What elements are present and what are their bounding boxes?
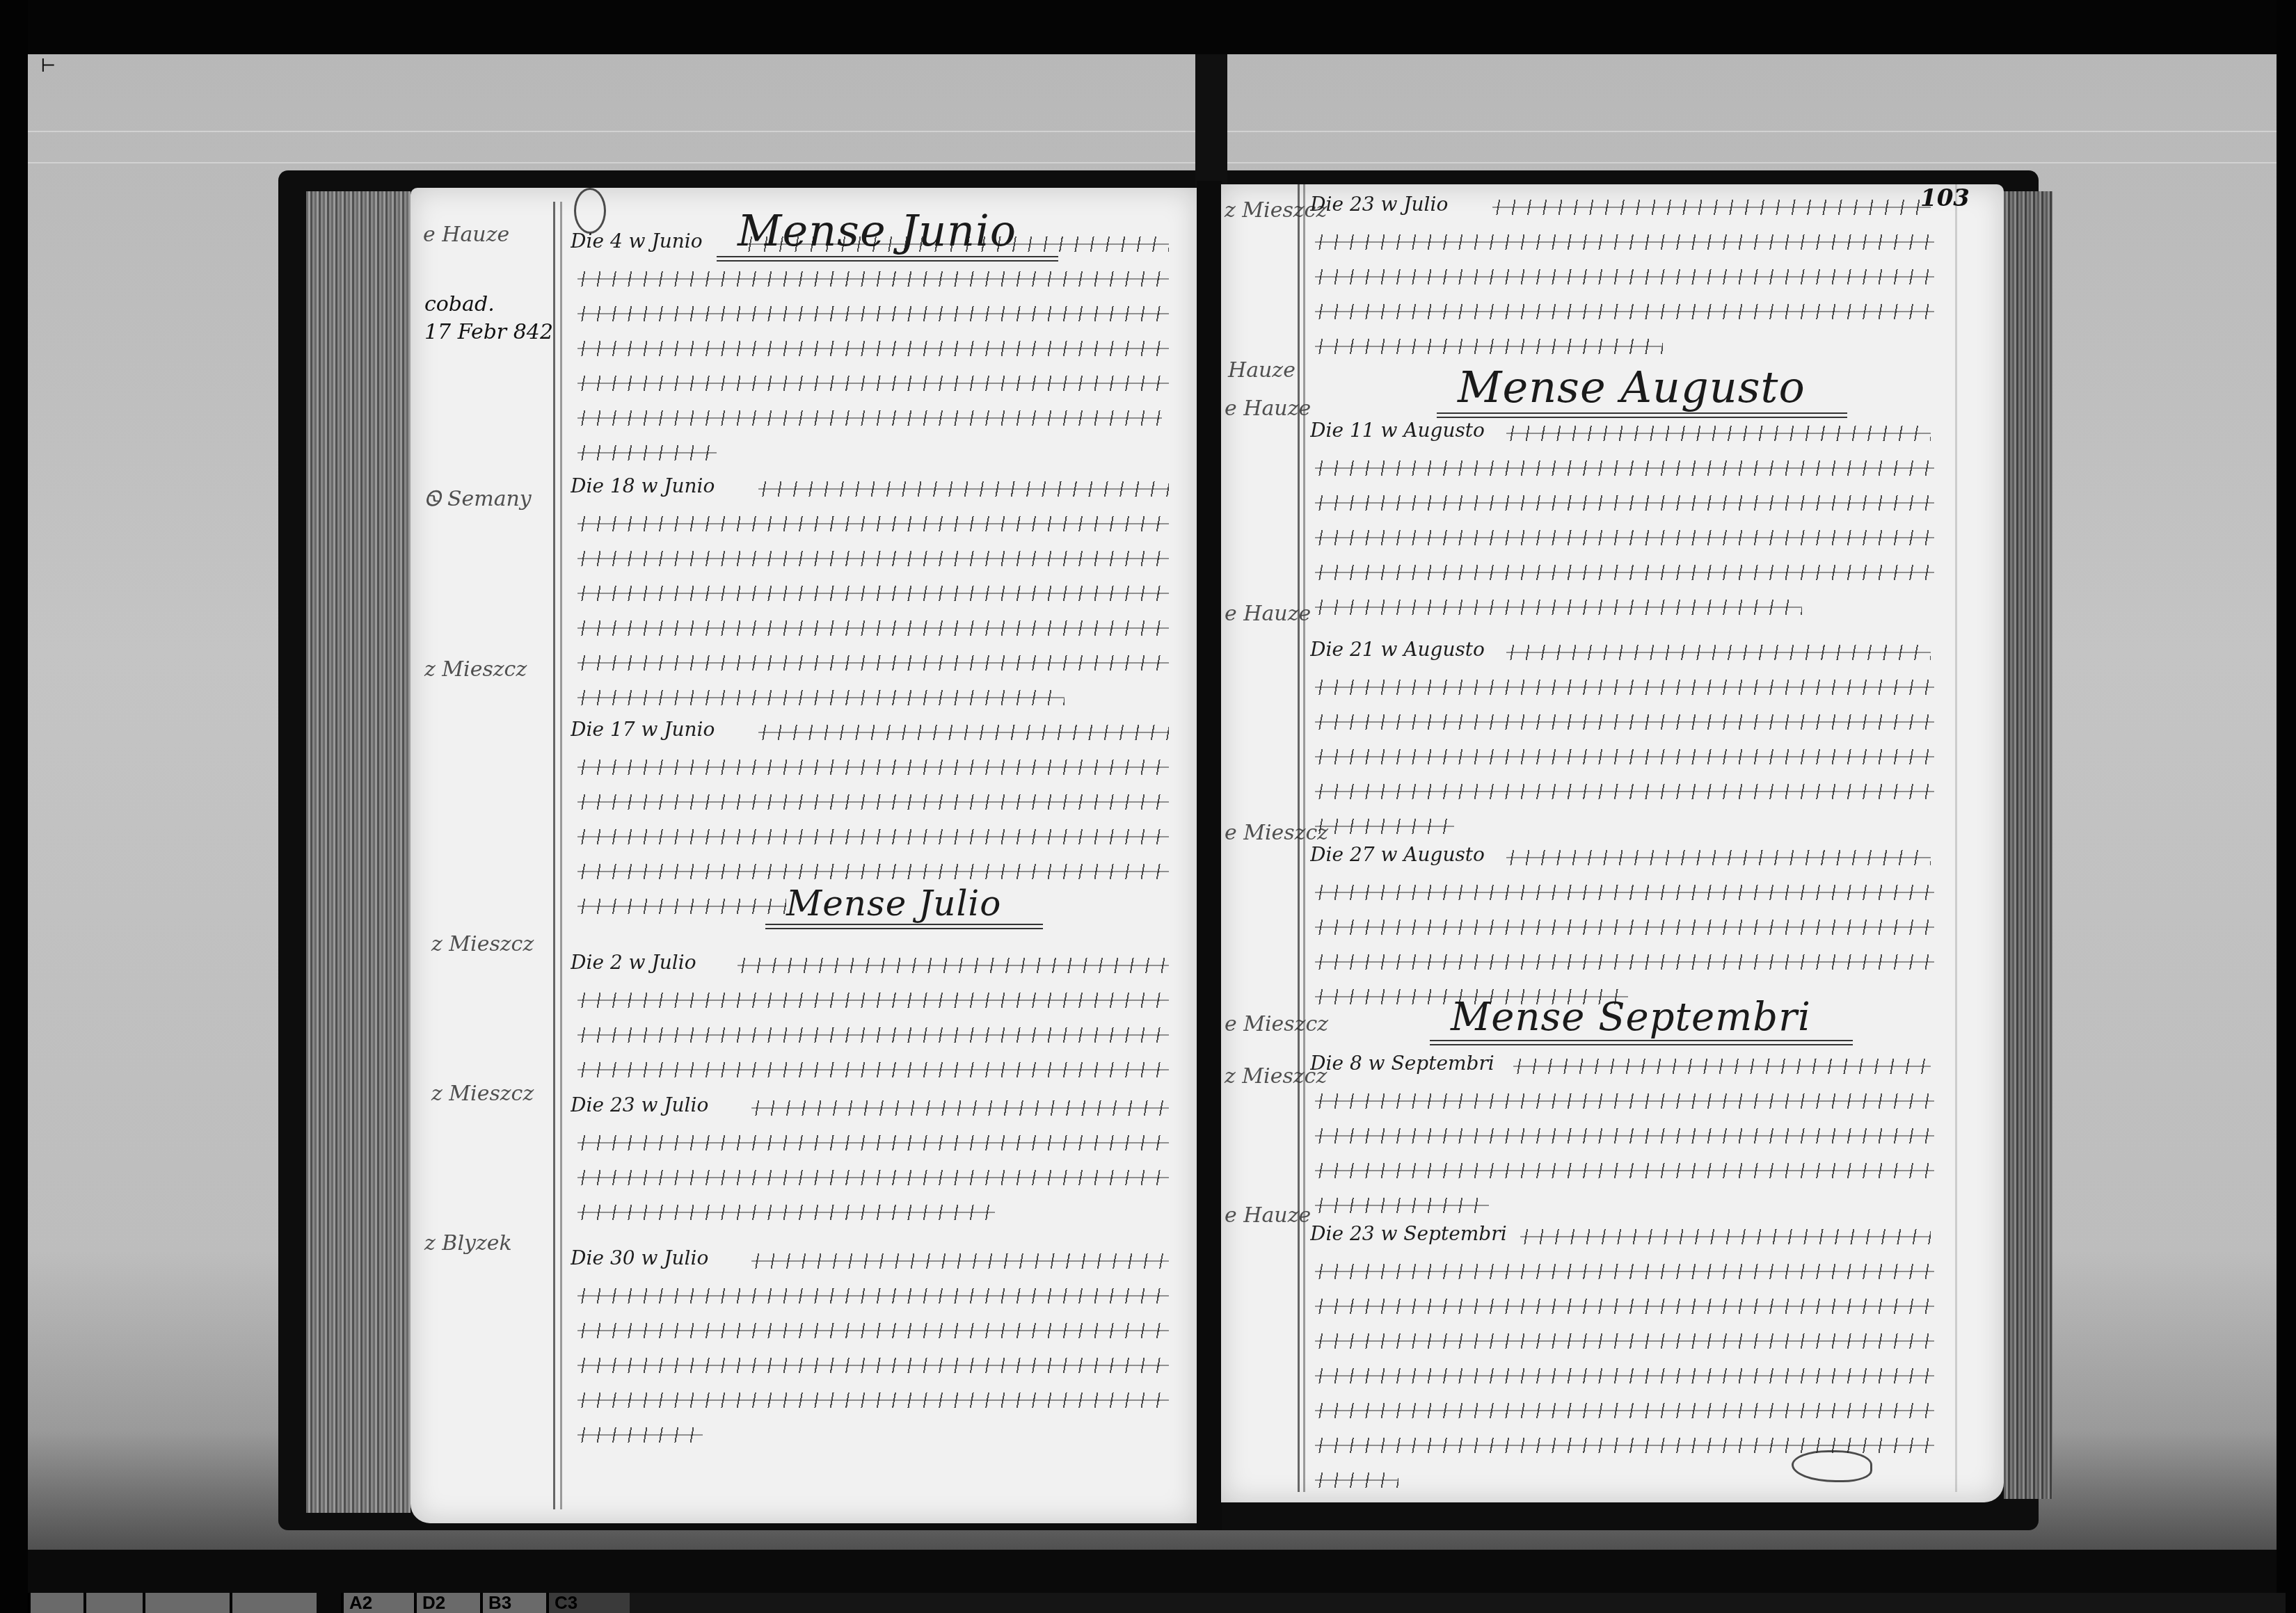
frame-cell [28, 1593, 83, 1613]
handwriting-line [577, 516, 1169, 531]
film-frame-label-strip: A2 D2 B3 C3 [0, 1593, 2296, 1613]
entry-date: Die 17 w Junio [571, 716, 715, 743]
handwriting-line [1315, 749, 1934, 764]
handwriting-line [1315, 1163, 1934, 1178]
handwriting-line [577, 1135, 1169, 1150]
handwriting-line [1315, 1403, 1934, 1418]
entry-date: Die 23 w Septembri [1310, 1221, 1507, 1247]
film-scratch [28, 131, 2277, 132]
frame-label-d2: D2 [414, 1593, 480, 1613]
right-page-edges [2004, 191, 2052, 1499]
handwriting-line [577, 271, 1169, 287]
handwriting-line [1315, 339, 1663, 354]
frame-strip-dark [630, 1593, 2286, 1613]
handwriting-line [577, 655, 1169, 671]
handwriting-line [577, 864, 1169, 879]
margin-note: z Blyzek [424, 1231, 512, 1255]
handwriting-line [577, 1323, 1169, 1338]
handwriting-line [577, 306, 1169, 321]
margin-note-annotation: cobad. [424, 292, 495, 316]
handwriting-line [738, 958, 1169, 973]
handwriting-line [577, 1170, 1169, 1185]
handwriting-line [1315, 885, 1934, 900]
frame-label-b3: B3 [480, 1593, 546, 1613]
handwriting-line [577, 341, 1169, 356]
handwriting-line [577, 760, 1169, 775]
handwriting-line [577, 410, 1162, 426]
month-heading-julio: Mense Julio [786, 883, 1001, 924]
entry-date: Die 23 w Julio [1310, 191, 1448, 218]
handwriting-line [1315, 1472, 1398, 1488]
signature-flourish [1792, 1450, 1872, 1482]
spine-shadow [1195, 54, 1227, 193]
margin-note: z Mieszcz [424, 657, 527, 682]
handwriting-line [1315, 1198, 1489, 1213]
handwriting-line [751, 1100, 1169, 1116]
film-scratch [28, 162, 2277, 163]
handwriting-line [1315, 1093, 1934, 1109]
handwriting-line [577, 586, 1169, 601]
handwriting-line [577, 1205, 995, 1220]
handwriting-line [1506, 645, 1931, 660]
handwriting-line [1315, 1333, 1934, 1349]
margin-note: Ꮻ Semany [424, 487, 532, 511]
handwriting-line [1520, 1229, 1931, 1244]
handwriting-line [1506, 426, 1931, 441]
handwriting-line [1315, 234, 1934, 250]
handwriting-line [1315, 1264, 1934, 1279]
margin-note: e Hauze [1225, 396, 1311, 421]
handwriting-line [1315, 530, 1934, 545]
handwriting-line [751, 1253, 1169, 1269]
handwriting-line [577, 1062, 1169, 1077]
book-gutter [1197, 181, 1222, 1530]
handwriting-line [577, 1027, 1169, 1043]
handwriting-line [577, 551, 1169, 566]
right-page: 103 Mense Augusto Mense Septembri z Mies… [1221, 184, 2004, 1502]
film-left-border [0, 0, 28, 1613]
flourish [574, 188, 606, 234]
entry-date: Die 4 w Junio [571, 228, 703, 255]
handwriting-line [1315, 819, 1454, 834]
entry-date: Die 21 w Augusto [1310, 636, 1485, 663]
margin-rule [560, 202, 562, 1509]
entry-date: Die 27 w Augusto [1310, 842, 1485, 868]
margin-note: Hauze [1228, 358, 1296, 383]
handwriting-line [577, 829, 1169, 844]
frame-cell [143, 1593, 230, 1613]
handwriting-line [1315, 1128, 1934, 1143]
handwriting-line [1315, 460, 1934, 476]
handwriting-line [1315, 495, 1934, 511]
entry-date: Die 23 w Julio [571, 1092, 708, 1118]
margin-rule [553, 202, 555, 1509]
handwriting-line [1513, 1059, 1931, 1074]
handwriting-line [1315, 1299, 1934, 1314]
entry-date: Die 18 w Junio [571, 473, 715, 499]
handwriting-line [1315, 565, 1934, 580]
handwriting-line [758, 725, 1169, 740]
handwriting-line [1315, 269, 1934, 284]
margin-note-date: 17 Febr 842 [424, 320, 553, 344]
margin-note: e Hauze [423, 223, 509, 247]
left-page: Mense Junio Mense Julio e Hauze cobad. 1… [410, 188, 1197, 1523]
film-top-border [0, 0, 2296, 54]
film-right-border [2277, 0, 2296, 1613]
handwriting-line [1315, 920, 1934, 935]
handwriting-line [1315, 989, 1628, 1004]
handwriting-line [577, 620, 1169, 636]
film-corner-mark: ⊢ [40, 56, 56, 77]
handwriting-line [1315, 600, 1802, 615]
handwriting-line [577, 1427, 703, 1443]
handwriting-line [577, 993, 1169, 1008]
frame-cell [230, 1593, 317, 1613]
handwriting-line [1506, 850, 1931, 865]
entry-date: Die 2 w Julio [571, 949, 696, 976]
handwriting-line [1315, 954, 1934, 970]
handwriting-line [577, 1358, 1169, 1373]
handwriting-line [577, 445, 717, 460]
left-page-edges [306, 191, 410, 1513]
frame-label-a2: A2 [341, 1593, 414, 1613]
handwriting-line [577, 794, 1169, 810]
handwriting-line [1315, 680, 1934, 695]
handwriting-line [1492, 200, 1931, 215]
handwriting-line [758, 481, 1169, 497]
margin-note: e Hauze [1225, 1203, 1311, 1228]
entry-date: Die 8 w Septembri [1310, 1050, 1494, 1077]
right-edge-rule [1955, 184, 1957, 1492]
margin-note: z Mieszcz [431, 1082, 534, 1106]
handwriting-line [744, 236, 1169, 252]
month-heading-augusto: Mense Augusto [1458, 362, 1805, 412]
handwriting-line [577, 376, 1169, 391]
handwriting-line [577, 1288, 1169, 1303]
margin-note: e Mieszcz [1225, 1012, 1328, 1036]
frame-label-c3: C3 [546, 1593, 630, 1613]
handwriting-line [577, 690, 1065, 705]
entry-date: Die 30 w Julio [571, 1245, 708, 1271]
frame-cell [83, 1593, 143, 1613]
entry-date: Die 11 w Augusto [1310, 417, 1485, 444]
margin-note: e Hauze [1225, 602, 1311, 626]
handwriting-line [1315, 304, 1934, 319]
margin-note: z Mieszcz [431, 932, 534, 956]
handwriting-line [1315, 784, 1934, 799]
handwriting-line [577, 899, 786, 914]
handwriting-line [1315, 1368, 1934, 1383]
handwriting-line [577, 1393, 1169, 1408]
handwriting-line [1315, 714, 1934, 730]
